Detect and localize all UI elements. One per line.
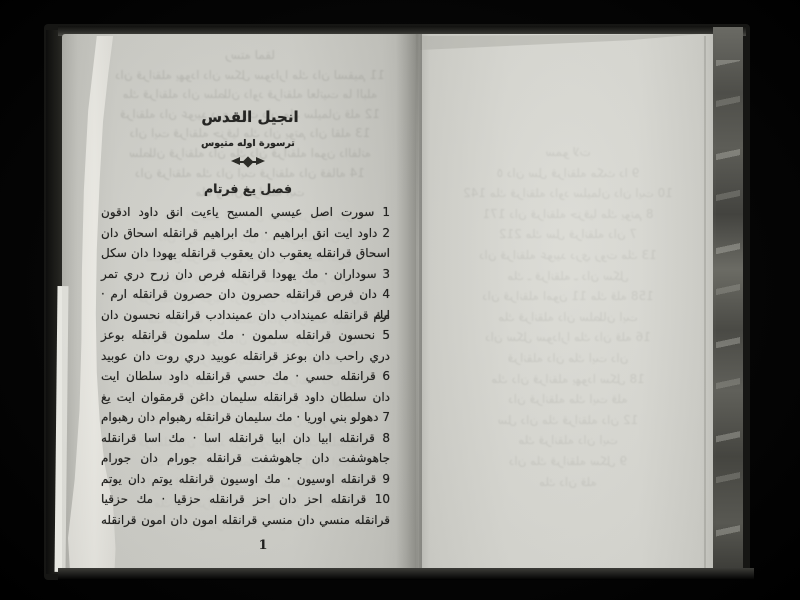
verse-line: 5 نحسون قرانقله سلمون · مك سلمون قرانقله… (101, 325, 390, 346)
verse-line: 4 دان فرص قرانقله حصرون دان حصرون قرانقل… (101, 284, 390, 305)
ornament-diamond-icon (242, 156, 253, 167)
gospel-subtitle: ترسورة اوله متيوس (100, 138, 396, 149)
verse-line: 2 داود ايت انق ابراهيم · مك ابراهيم قران… (101, 223, 390, 244)
divider-ornament-icon (231, 157, 265, 166)
bleedthrough-right: سمو لات ٥ دان سل قرانقله مكث دا 9 142 مك… (430, 142, 706, 492)
page-edges-texture (716, 60, 740, 560)
book-bottom-edge (58, 568, 754, 580)
verse-line: دان سلطان داود قرانقله سليمان داغن قرمقو… (101, 387, 390, 408)
verse-line: اسحاق قرانقله يعقوب دان يعقوب قرانقله يه… (101, 243, 390, 264)
verse-line: 3 سوداران · مك يهودا قرانقله فرص دان زرح… (101, 264, 390, 285)
verse-line: 7 دهولو بني اوريا · مك سليمان قرانقله ره… (101, 407, 390, 428)
ornament-right-arrowhead-icon (256, 157, 265, 165)
chapter-heading: فصل يغ فرتام (100, 181, 396, 196)
verse-line: 10 قرانقله احز دان احز قرانقله حزقيا · م… (101, 489, 390, 510)
verse-text-block: 1 سورت اصل عيسي المسيح ياءيت انق داود اد… (101, 202, 390, 530)
verse-line: 1 سورت اصل عيسي المسيح ياءيت انق داود اد… (101, 202, 390, 223)
verse-line: 9 قرانقله اوسيون · مك اوسيون قرانقله يوت… (101, 469, 390, 490)
verse-line: جاهوشفت دان جاهوشفت قرانقله جورام دان جو… (101, 448, 390, 469)
verse-line: قرانقله منسي دان منسي قرانقله امون دان ا… (101, 510, 390, 531)
page-number: 1 (250, 538, 276, 553)
photo-background: رسته لمقا دان قرانقله يهودا دان سكل سودا… (0, 0, 800, 600)
verse-line: 6 قرانقله حسي · مك حسي قرانقله داود سلطا… (101, 366, 390, 387)
gospel-title: انجيل القدس (100, 108, 400, 126)
verse-line: دري راحب دان بوعز قرانقله عوبيد دري روت … (101, 346, 390, 367)
verse-line: 8 قرانقله ابيا دان ابيا قرانقله اسا · مك… (101, 428, 390, 449)
verse-line: ارم قرانقله عميندادب دان عميندادب قرانقل… (101, 305, 390, 326)
gutter-crease (416, 34, 419, 572)
